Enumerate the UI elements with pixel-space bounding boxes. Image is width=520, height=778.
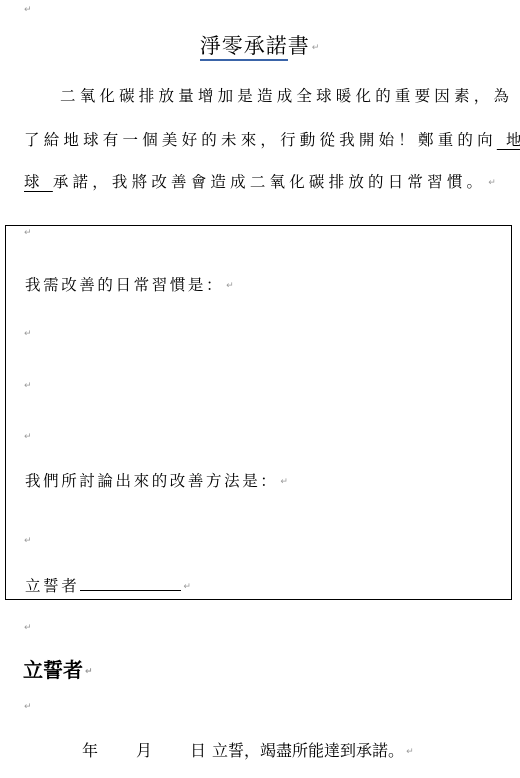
pledge-box: ↵ 我需改善的日常習慣是：↵ ↵ ↵ ↵ 我們所討論出來的改善方法是：↵ ↵ 立… xyxy=(5,225,512,600)
methods-answer-line[interactable]: ↵ xyxy=(24,536,32,546)
habits-label-text: 我需改善的日常習慣是： xyxy=(25,276,224,294)
paragraph-mark: ↵ xyxy=(85,667,93,677)
paragraph-mark: ↵ xyxy=(226,281,236,291)
paragraph-mark: ↵ xyxy=(406,747,414,757)
paragraph-mark: ↵ xyxy=(280,477,290,487)
habits-label: 我需改善的日常習慣是：↵ xyxy=(25,273,236,295)
intro-text: 了給地球有一個美好的未來，行動從我開始！鄭重的向 xyxy=(24,131,497,149)
day-label: 日 xyxy=(190,741,206,760)
title-underlined-text: 淨零承諾 xyxy=(200,34,288,61)
intro-text: 二氧化碳排放量增加是造成全球暖化的重要因素，為 xyxy=(60,87,513,105)
paragraph-mark: ↵ xyxy=(24,5,32,15)
signature-heading-text: 立誓者 xyxy=(23,658,83,682)
paragraph-mark: ↵ xyxy=(488,178,500,188)
paragraph-mark: ↵ xyxy=(183,582,193,592)
intro-text: 承諾，我將改善會造成二氧化碳排放的日常習慣。 xyxy=(53,173,486,191)
signature-heading: 立誓者↵ xyxy=(23,654,93,683)
intro-line-1: 二氧化碳排放量增加是造成全球暖化的重要因素，為 xyxy=(60,84,513,106)
signer-row: 立誓者↵ xyxy=(25,574,193,596)
paragraph-mark: ↵ xyxy=(312,43,321,53)
habits-answer-line-1[interactable]: ↵ xyxy=(24,329,32,339)
habits-answer-line-2[interactable]: ↵ xyxy=(24,381,32,391)
paragraph-mark: ↵ xyxy=(24,623,32,633)
paragraph-mark: ↵ xyxy=(24,228,32,238)
document-title: 淨零承諾書↵ xyxy=(0,30,520,60)
habits-answer-line-3[interactable]: ↵ xyxy=(24,432,32,442)
intro-line-3: 球 承諾，我將改善會造成二氧化碳排放的日常習慣。↵ xyxy=(24,170,500,192)
methods-label: 我們所討論出來的改善方法是：↵ xyxy=(25,469,291,491)
underlined-blank-earth: 地 xyxy=(497,131,520,149)
paragraph-mark: ↵ xyxy=(24,702,32,712)
closing-text: 立誓，竭盡所能達到承諾。 xyxy=(212,741,404,760)
title-rest-text: 書 xyxy=(288,34,310,58)
year-label: 年 xyxy=(82,741,98,760)
signer-label: 立誓者 xyxy=(25,577,79,595)
methods-label-text: 我們所討論出來的改善方法是： xyxy=(25,472,278,490)
signer-name-field[interactable] xyxy=(80,576,181,591)
underlined-blank-earth: 球 xyxy=(24,173,53,191)
date-line: 年月日立誓，竭盡所能達到承諾。↵ xyxy=(82,738,414,761)
month-label: 月 xyxy=(136,741,152,760)
intro-line-2: 了給地球有一個美好的未來，行動從我開始！鄭重的向 地 xyxy=(24,128,520,150)
